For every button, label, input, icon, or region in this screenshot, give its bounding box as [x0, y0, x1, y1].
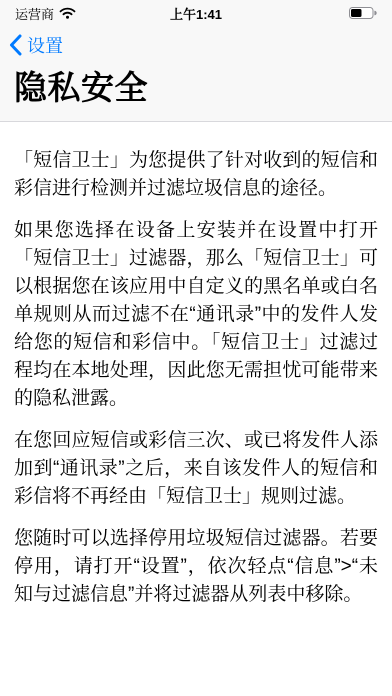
- body-paragraph: 您随时可以选择停用垃圾短信过滤器。若要停用，请打开“设置”，依次轻点“信息”>“…: [14, 525, 378, 609]
- status-bar: 运营商 上午1:41: [0, 2, 392, 24]
- screen: 运营商 上午1:41: [0, 0, 392, 696]
- back-button[interactable]: 设置: [9, 32, 63, 58]
- body-paragraph: 在您回应短信或彩信三次、或已将发件人添加到“通讯录”之后，来自该发件人的短信和彩…: [14, 427, 378, 511]
- back-button-label: 设置: [27, 32, 63, 58]
- status-bar-left: 运营商: [15, 4, 76, 23]
- content-scroll-area: 「短信卫士」为您提供了针对收到的短信和彩信进行检测并过滤垃圾信息的途径。 如果您…: [0, 122, 392, 696]
- battery-icon: [349, 7, 377, 19]
- status-bar-right: [349, 7, 377, 19]
- chevron-left-icon: [9, 34, 22, 56]
- wifi-icon: [59, 7, 76, 19]
- body-paragraph: 如果您选择在设备上安装并在设置中打开「短信卫士」过滤器，那么「短信卫士」可以根据…: [14, 217, 378, 413]
- body-paragraph: 「短信卫士」为您提供了针对收到的短信和彩信进行检测并过滤垃圾信息的途径。: [14, 147, 378, 203]
- nav-bar: 设置: [0, 28, 392, 62]
- carrier-label: 运营商: [15, 4, 54, 23]
- page-title: 隐私安全: [0, 62, 392, 121]
- header: 运营商 上午1:41: [0, 0, 392, 122]
